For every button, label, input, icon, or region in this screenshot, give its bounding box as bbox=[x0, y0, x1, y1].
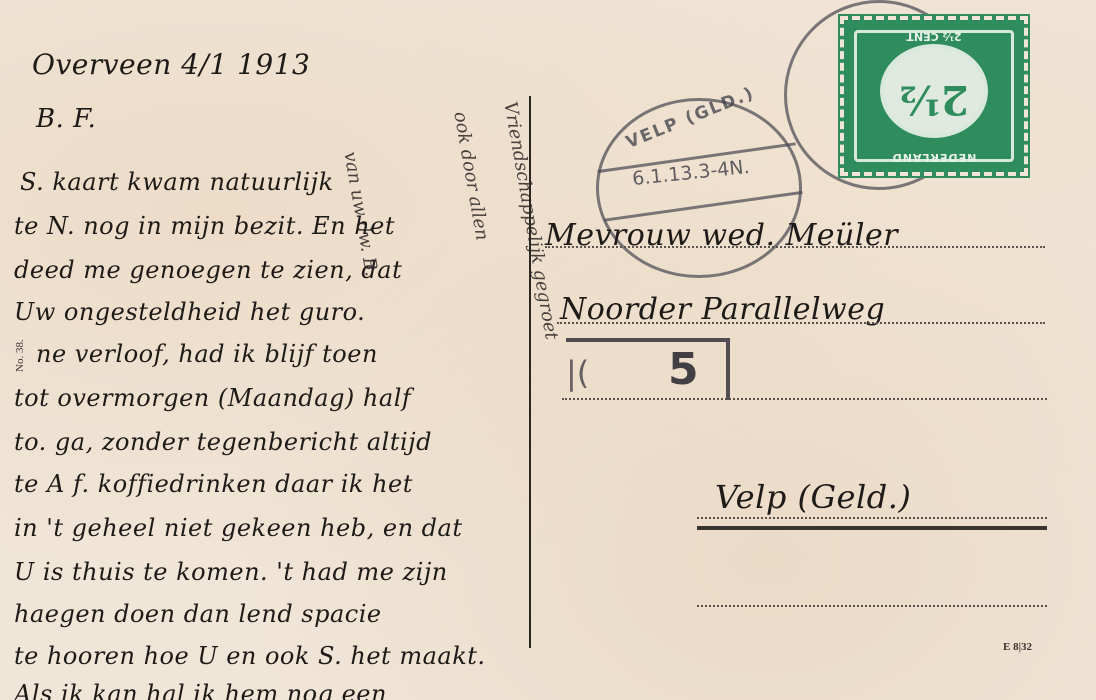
salutation: B. F. bbox=[36, 104, 96, 134]
dateline: Overveen 4/1 1913 bbox=[32, 48, 310, 81]
message-line: tot overmorgen (Maandag) half bbox=[14, 384, 411, 412]
stamp-oval: 2½ bbox=[880, 44, 988, 138]
print-code: E 8|32 bbox=[1003, 641, 1032, 653]
message-line: U is thuis te komen. 't had me zijn bbox=[14, 558, 448, 586]
stamp-denomination: 2½ CENT bbox=[844, 30, 1024, 43]
message-line: te hooren hoe U en ook S. het maakt. bbox=[14, 642, 486, 670]
postage-stamp: 2½ 2½ CENT NEDERLAND bbox=[840, 16, 1028, 176]
printed-card-number: No. 38. bbox=[14, 339, 26, 372]
message-line: deed me genoegen te zien, dat bbox=[14, 256, 402, 284]
message-line: ne verloof, had ik blijf toen bbox=[36, 340, 378, 368]
box-cancel-number: 5 bbox=[668, 344, 699, 395]
message-line: te A f. koffiedrinken daar ik het bbox=[14, 470, 413, 498]
crossed-line: ook door allen bbox=[449, 110, 492, 242]
stamp-country: NEDERLAND bbox=[844, 151, 1024, 164]
address-rule bbox=[557, 322, 1045, 324]
box-cancel bbox=[566, 338, 730, 400]
address-thick-rule bbox=[697, 526, 1047, 530]
stamp-value: 2½ bbox=[884, 76, 984, 123]
address-rule bbox=[545, 246, 1045, 248]
address-rule bbox=[697, 517, 1047, 519]
message-line: Uw ongesteldheid het guro. bbox=[14, 298, 365, 326]
message-line: in 't geheel niet gekeen heb, en dat bbox=[14, 514, 462, 542]
box-cancel-mark: |( bbox=[566, 354, 589, 392]
message-line: S. kaart kwam natuurlijk bbox=[20, 168, 334, 196]
message-line: te N. nog in mijn bezit. En het bbox=[14, 212, 395, 240]
message-line: Als ik kan hal ik hem nog een bbox=[14, 680, 387, 700]
message-line: haegen doen dan lend spacie bbox=[14, 600, 382, 628]
message-line: to. ga, zonder tegenbericht altijd bbox=[14, 428, 432, 456]
address-line-4: Velp (Geld.) bbox=[715, 478, 911, 516]
address-rule bbox=[697, 605, 1047, 607]
address-rule bbox=[562, 398, 1047, 400]
postcard-back: Overveen 4/1 1913 B. F. S. kaart kwam na… bbox=[0, 0, 1096, 700]
center-divider bbox=[529, 96, 531, 648]
